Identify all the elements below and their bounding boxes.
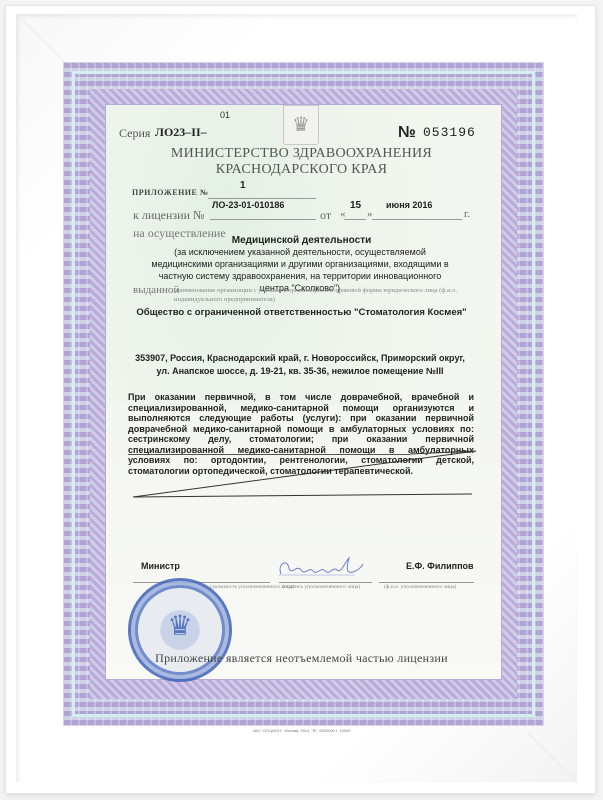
- signatory-name: Е.Ф. Филиппов: [406, 561, 474, 571]
- signature-hint: (подпись уполномоченного лица): [282, 584, 360, 590]
- name-hint: (ф.и.о. уполномоченного лица): [384, 584, 456, 590]
- signature-icon: [275, 556, 365, 582]
- blank-space-cancel-lines: [0, 0, 603, 800]
- printer-imprint: ЗАО "ОПЦИОН", Москва, 2014, "В", 0000000…: [0, 728, 603, 733]
- annex-integral-note: Приложение является неотъемлемой частью …: [0, 651, 603, 666]
- official-seal: ♛: [128, 578, 232, 682]
- seal-eagle-icon: ♛: [163, 606, 197, 646]
- name-line: [379, 582, 474, 583]
- signature-line: [279, 582, 372, 583]
- signatory-position: Министр: [141, 561, 180, 571]
